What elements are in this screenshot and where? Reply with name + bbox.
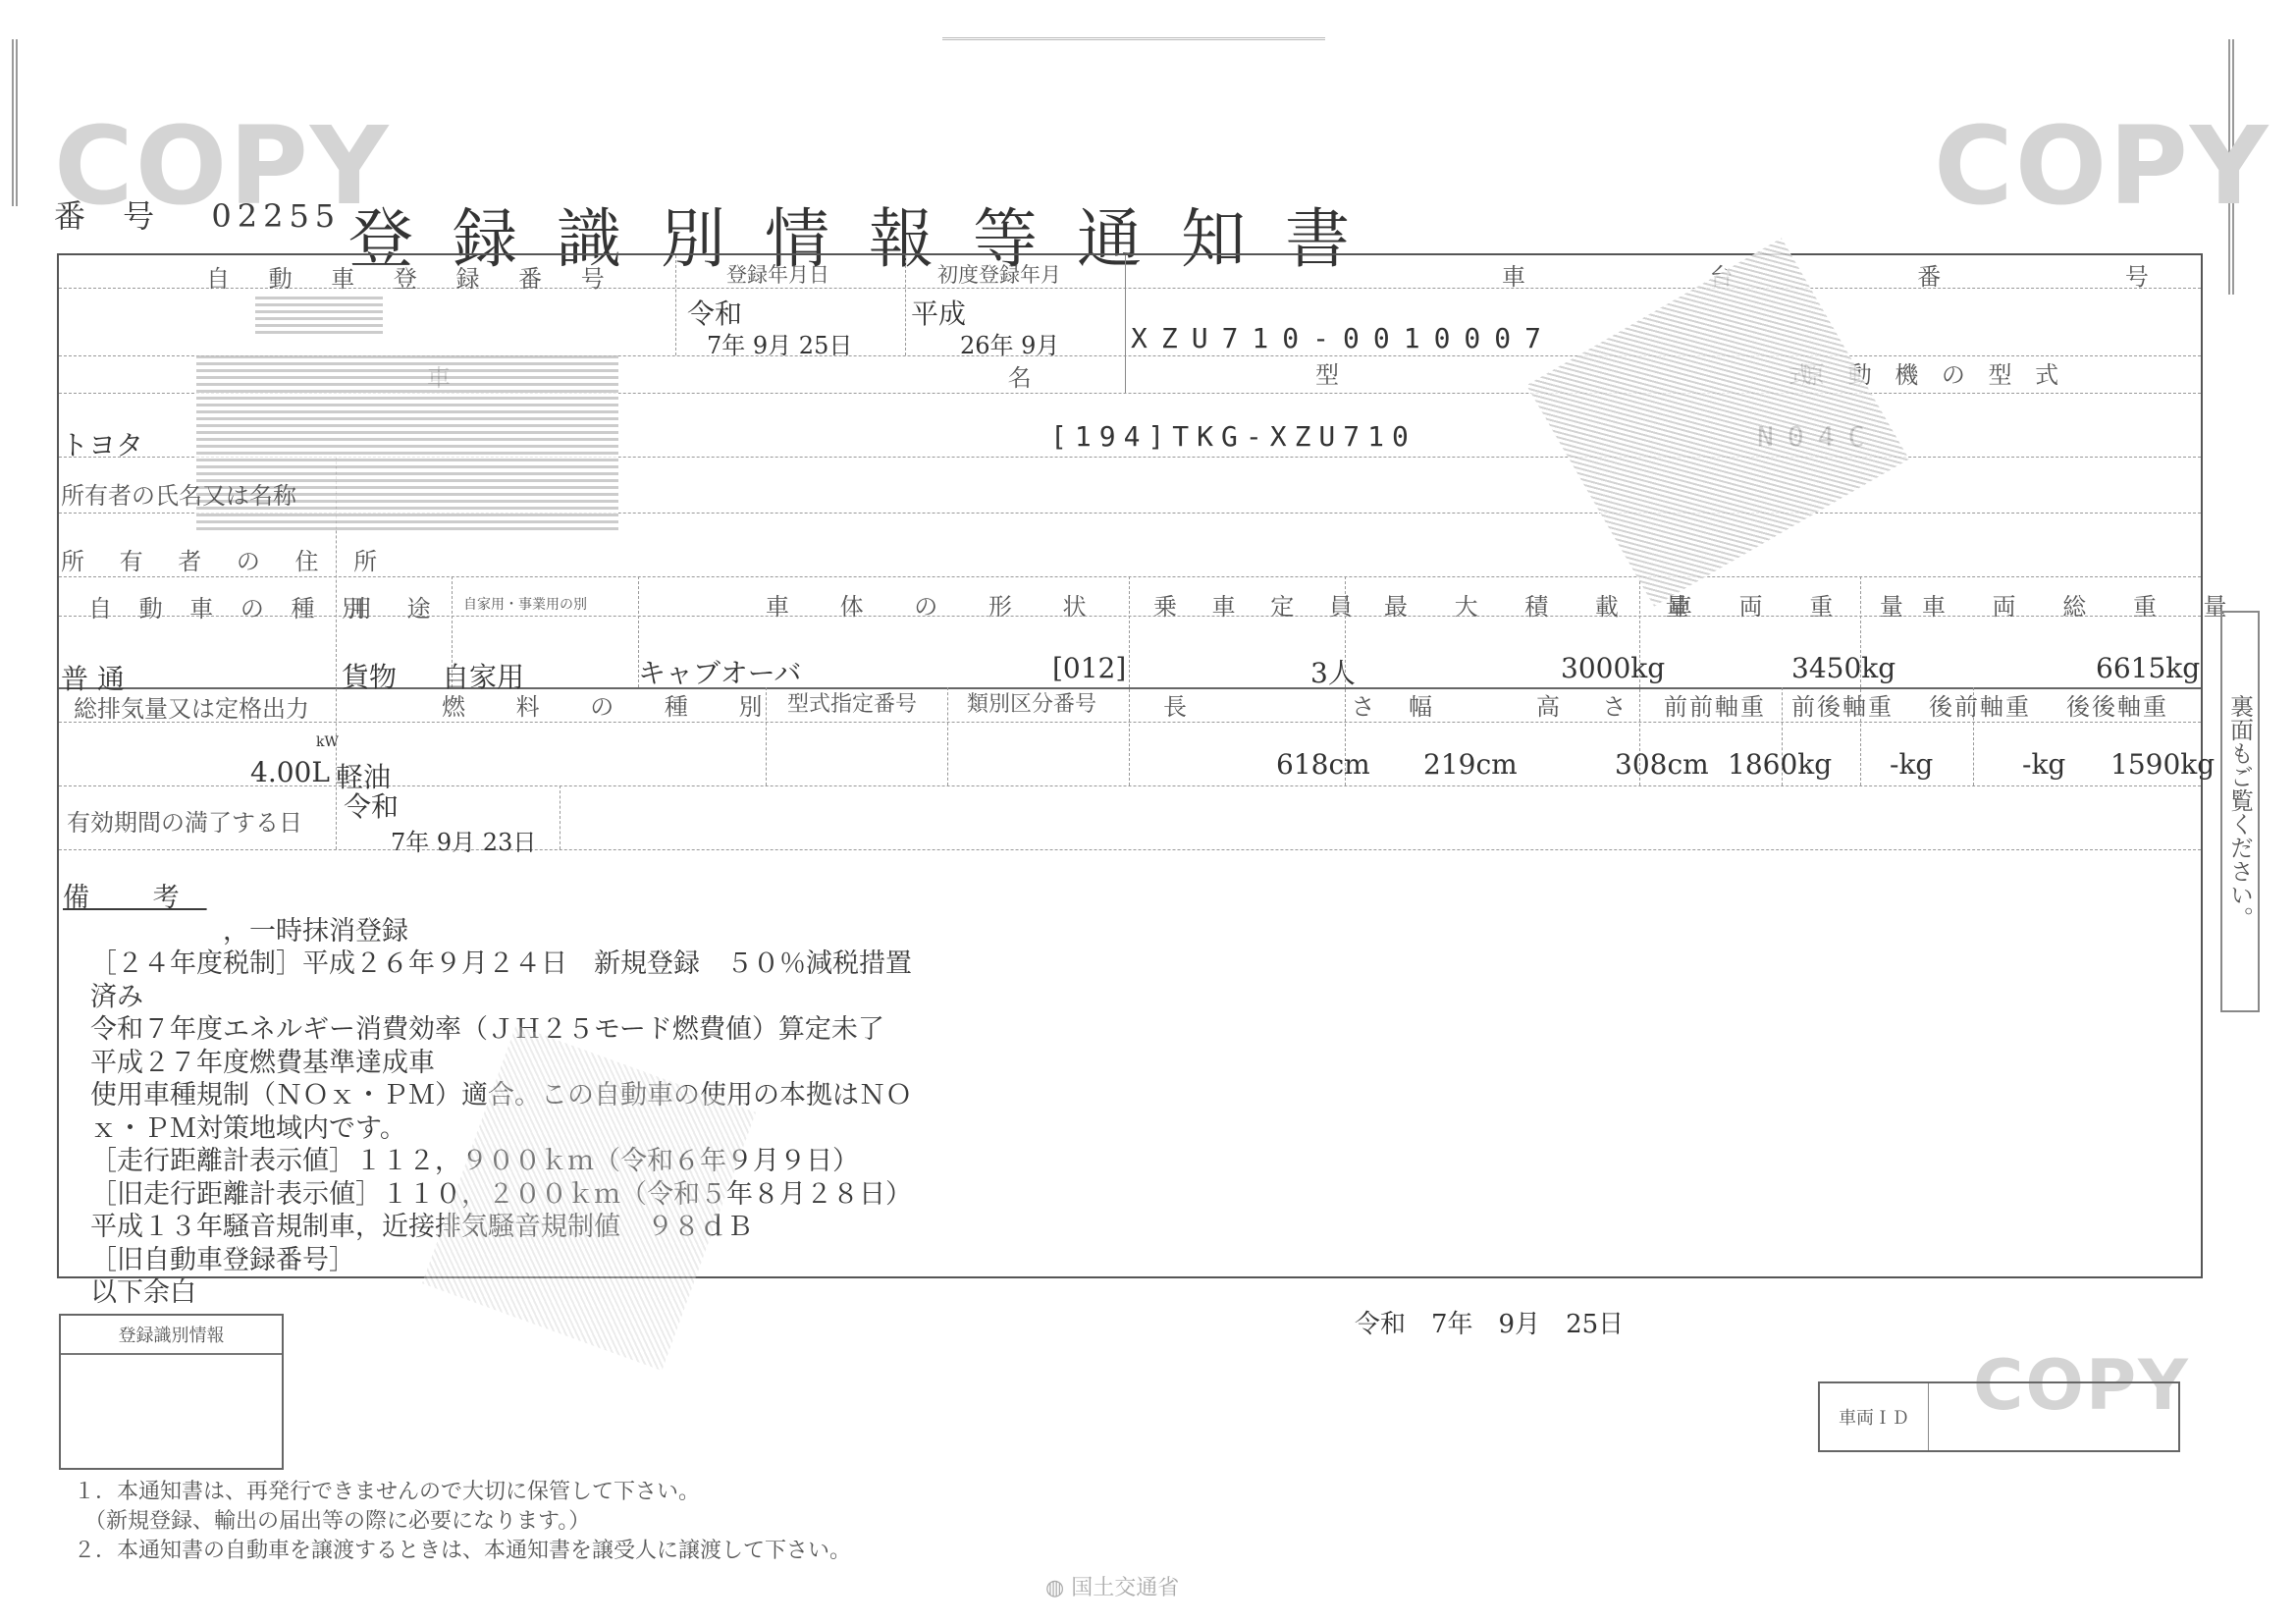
label-registration-date: 登録年月日	[726, 259, 829, 289]
max-load: 3000kg	[1561, 652, 1665, 684]
body-shape-code: [012]	[1052, 652, 1126, 684]
label-owner-address: 所 有 者 の 住 所	[61, 542, 391, 576]
model: [194]TKG-XZU710	[1050, 420, 1416, 453]
height: 308cm	[1615, 748, 1709, 781]
vehicle-weight: 3450kg	[1791, 652, 1896, 684]
expiry-date: 7年 9月 23日	[391, 823, 536, 857]
label-capacity: 乗 車 定 員	[1153, 587, 1366, 622]
label-chassis-number: 車 台 番 号	[1502, 257, 2237, 292]
label-rf-axle: 後前軸重	[1929, 687, 2031, 722]
document-number-value: 02255	[211, 197, 341, 235]
car-name: トヨタ	[61, 424, 143, 463]
gross-weight: 6615kg	[2096, 652, 2200, 684]
document-number: 番 号 02255	[54, 191, 341, 237]
issue-date: 令和 7年 9月 25日	[1355, 1304, 1624, 1340]
width: 219cm	[1423, 748, 1518, 781]
label-private-business: 自家用・事業用の別	[463, 594, 587, 614]
redacted-registration-number	[255, 295, 383, 334]
footer-notes: １．本通知書は、再発行できませんので大切に保管して下さい。 （新規登録、輸出の届…	[74, 1478, 851, 1566]
label-rr-axle: 後後軸重	[2066, 687, 2168, 722]
label-use: 用 途	[348, 589, 445, 623]
rr-axle: 1590kg	[2110, 748, 2215, 781]
corner-ornament-left	[12, 39, 18, 206]
vehicle-id-label: 車両ＩＤ	[1820, 1383, 1929, 1450]
label-gross-weight: 車 両 総 重 量	[1922, 587, 2247, 622]
footer-note-1: １．本通知書は、再発行できませんので大切に保管して下さい。	[74, 1478, 851, 1507]
chassis-number: XZU710-0010007	[1131, 322, 1555, 354]
ministry-logo: ◍ 国土交通省	[1045, 1571, 1179, 1601]
footer-note-2: ２．本通知書の自動車を譲渡するときは、本通知書を譲受人に譲渡して下さい。	[74, 1537, 851, 1566]
remarks-line: ［２４年度税制］平成２６年９月２４日 新規登録 ５０％減税措置	[90, 947, 912, 981]
fr-axle: -kg	[1890, 748, 1933, 781]
label-expiry: 有効期間の満了する日	[67, 803, 302, 838]
registration-date: 7年 9月 25日	[707, 326, 852, 360]
registration-info-label: 登録識別情報	[61, 1316, 282, 1355]
vehicle-id-value	[1929, 1383, 2178, 1450]
copy-watermark-top-right: COPY	[1934, 103, 2270, 229]
label-displacement: 総排気量又は定格出力	[74, 689, 309, 724]
rf-axle: -kg	[2022, 748, 2065, 781]
capacity: 3人	[1310, 652, 1356, 691]
displacement: 4.00L	[250, 756, 330, 788]
remarks-line: ，一時抹消登録	[90, 915, 912, 948]
remarks-line: 済み	[90, 981, 912, 1014]
registration-info-box: 登録識別情報	[59, 1314, 284, 1470]
label-first-registration: 初度登録年月	[937, 259, 1061, 289]
ff-axle: 1860kg	[1728, 748, 1832, 781]
label-type-designation: 型式指定番号	[787, 687, 917, 718]
label-ff-axle: 前前軸重	[1664, 687, 1766, 722]
remarks-line: 令和７年度エネルギー消費効率（ＪＨ２５モード燃費値）算定未了	[90, 1013, 912, 1047]
use: 貨物	[342, 656, 397, 695]
side-note-see-reverse: 裏面もご覧ください。	[2220, 611, 2260, 1012]
label-max-load: 最 大 積 載 量	[1384, 587, 1709, 622]
first-registration-era: 平成	[911, 293, 966, 332]
label-fuel-type: 燃 料 の 種 別	[442, 687, 784, 722]
body-shape: キャブオーバ	[638, 652, 801, 691]
document-number-label: 番 号	[54, 197, 168, 235]
label-remarks: 備 考	[63, 882, 912, 915]
displacement-unit-alt: kW	[316, 734, 339, 750]
footer-note-1-sub: （新規登録、輸出の届出等の際に必要になります。）	[74, 1507, 851, 1537]
label-fr-axle: 前後軸重	[1791, 687, 1894, 722]
length: 618cm	[1276, 748, 1370, 781]
vehicle-id-box: 車両ＩＤ	[1818, 1381, 2180, 1452]
label-category-number: 類別区分番号	[967, 687, 1096, 718]
top-ornament	[942, 37, 1325, 54]
label-registration-number: 自 動 車 登 録 番 号	[206, 259, 620, 294]
label-width: 幅	[1409, 687, 1432, 722]
ministry-name: 国土交通省	[1071, 1576, 1179, 1600]
label-vehicle-type: 自 動 車 の 種 別	[88, 589, 375, 623]
label-vehicle-weight: 車 両 重 量	[1669, 587, 1923, 622]
expiry-era: 令和	[344, 785, 399, 825]
first-registration-date: 26年 9月	[960, 326, 1059, 360]
label-height: 高 さ	[1536, 687, 1644, 722]
ministry-emblem-icon: ◍	[1045, 1576, 1071, 1600]
label-owner-name: 所有者の氏名又は名称	[61, 476, 296, 511]
label-body-shape: 車 体 の 形 状	[766, 587, 1108, 622]
